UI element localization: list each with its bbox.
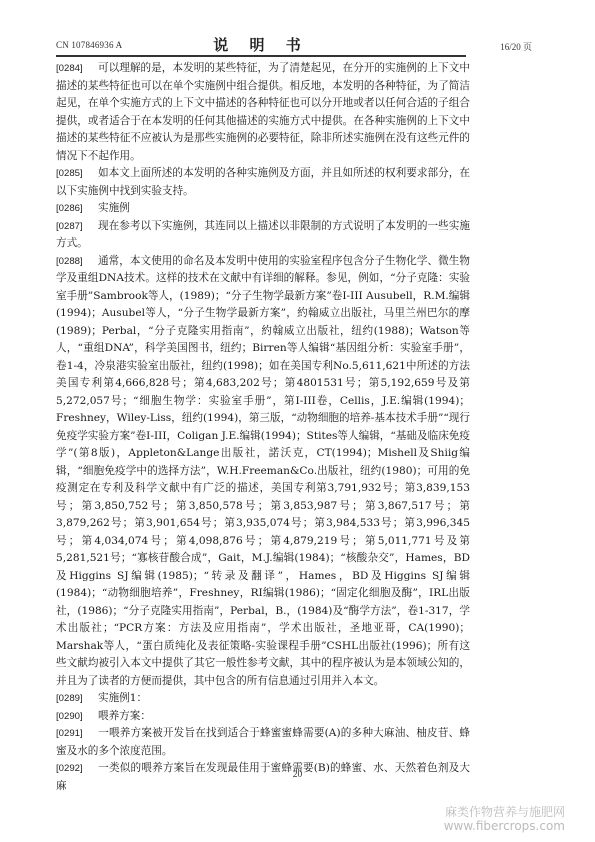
paragraph-0285: [0285]如本文上面所述的本发明的各种实施例及方面，并且如所述的权利要求部分，… [56, 165, 470, 200]
paragraph-text: 实施例1： [98, 692, 147, 704]
paragraph-0287: [0287]现在参考以下实施例，其连同以上描述以非限制的方式说明了本发明的一些实… [56, 218, 470, 253]
document-title: 说 明 书 [56, 34, 466, 55]
paragraph-0290: [0290]喂养方案： [56, 708, 470, 726]
paragraph-text: 实施例 [98, 202, 130, 214]
paragraph-number: [0290] [56, 708, 98, 726]
paragraph-number: [0286] [56, 200, 98, 218]
page-number: 20 [293, 770, 303, 780]
paragraph-0291: [0291]一喂养方案被开发旨在找到适合于蜂蜜蜜蜂需要(A)的多种大麻油、柚皮苷… [56, 725, 470, 760]
watermark: 麻类作物营养与施肥网 www.fibercrops.com [444, 805, 565, 833]
page-count: 16/20 页 [500, 40, 532, 53]
page-footer: 20 [0, 770, 595, 780]
paragraph-0284: [0284]可以理解的是，本发明的某些特征，为了清楚起见，在分开的实施例的上下文… [56, 60, 470, 165]
paragraph-number: [0289] [56, 690, 98, 708]
paragraph-text: 可以理解的是，本发明的某些特征，为了清楚起见，在分开的实施例的上下文中描述的某些… [56, 62, 470, 162]
page-header: CN 107846936 A 说 明 书 16/20 页 [56, 30, 466, 56]
paragraph-text: 现在参考以下实施例，其连同以上描述以非限制的方式说明了本发明的一些实施方式。 [56, 220, 470, 250]
document-body: [0284]可以理解的是，本发明的某些特征，为了清楚起见，在分开的实施例的上下文… [56, 60, 470, 795]
header-divider [56, 55, 466, 57]
paragraph-text: 一喂养方案被开发旨在找到适合于蜂蜜蜜蜂需要(A)的多种大麻油、柚皮苷、蜂蜜及水的… [56, 727, 470, 757]
paragraph-text: 如本文上面所述的本发明的各种实施例及方面，并且如所述的权利要求部分，在以下实施例… [56, 167, 470, 197]
paragraph-number: [0291] [56, 725, 98, 743]
paragraph-number: [0287] [56, 218, 98, 236]
paragraph-number: [0284] [56, 60, 98, 78]
paragraph-text: 通常，本文使用的命名及本发明中使用的实验室程序包含分子生物化学、微生物学及重组D… [56, 255, 470, 687]
paragraph-0286: [0286]实施例 [56, 200, 470, 218]
paragraph-0288: [0288]通常，本文使用的命名及本发明中使用的实验室程序包含分子生物化学、微生… [56, 253, 470, 691]
paragraph-text: 喂养方案： [98, 710, 151, 722]
watermark-site-name: 麻类作物营养与施肥网 [444, 805, 565, 819]
paragraph-0289: [0289]实施例1： [56, 690, 470, 708]
paragraph-number: [0288] [56, 253, 98, 271]
watermark-url: www.fibercrops.com [444, 819, 565, 833]
paragraph-number: [0285] [56, 165, 98, 183]
